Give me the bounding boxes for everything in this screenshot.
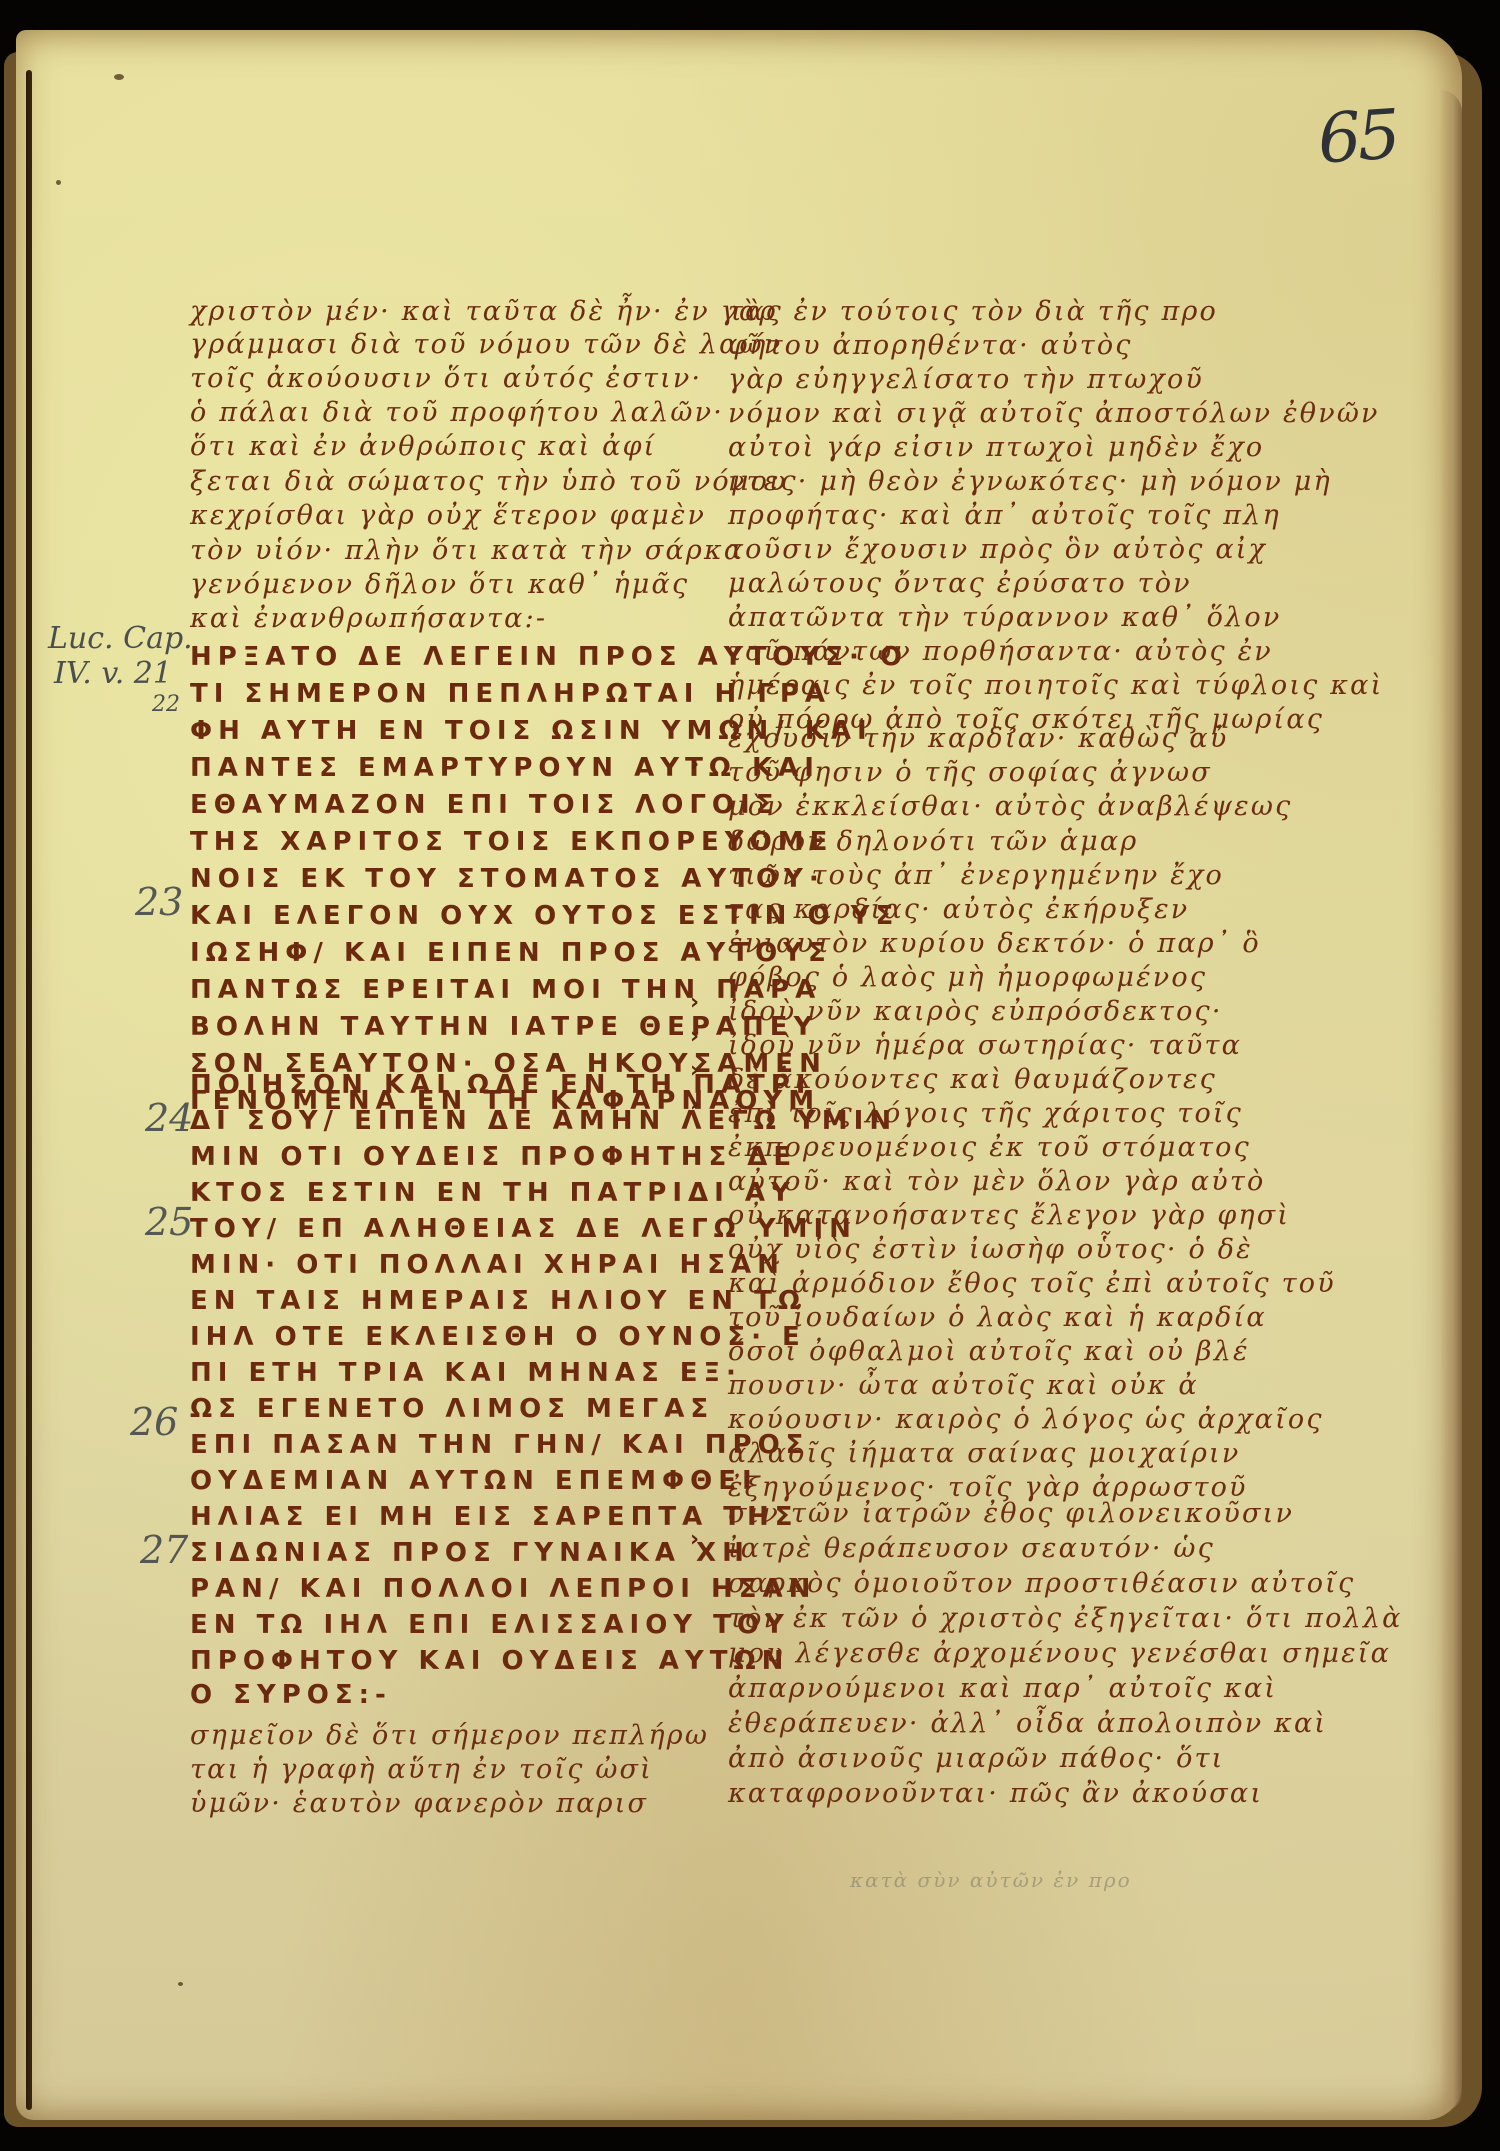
- commentary-line: δὲ ἀκούοντες καὶ θαυμάζοντες: [728, 1064, 1217, 1095]
- verse-number-25: 25: [145, 1200, 193, 1244]
- commentary-line: νόμον καὶ σιγᾷ αὐτοῖς ἀποστόλων ἐθνῶν: [728, 398, 1380, 429]
- gospel-line: ΠΑΝΤΩΣ ΕΡΕΙΤΑΙ ΜΟΙ ΤΗΝ ΠΑΡΑ: [190, 975, 821, 1005]
- commentary-line: τιῶν τοὺς ἀπ᾽ ἐνεργημένην ἔχο: [728, 860, 1224, 891]
- gospel-line: ΕΘΑΥΜΑΖΟΝ ΕΠΙ ΤΟΙΣ ΛΟΓΟΙΣ: [190, 790, 779, 820]
- commentary-line: αὐτοὶ γάρ εἰσιν πτωχοὶ μηδὲν ἔχο: [728, 432, 1264, 463]
- commentary-line: τὸν υἱόν· πλὴν ὅτι κατὰ τὴν σάρκα: [190, 535, 744, 566]
- commentary-line: ἀλαοῖς ἰήματα σαίνας μοιχαίριν: [728, 1438, 1240, 1469]
- commentary-line: ἐνιαυτὸν κυρίου δεκτόν· ὁ παρ᾽ ὃ: [728, 928, 1261, 959]
- gospel-line: ΩΣ ΕΓΕΝΕΤΟ ΛΙΜΟΣ ΜΕΓΑΣ: [190, 1394, 714, 1424]
- commentary-line: γράμμασι διὰ τοῦ νόμου τῶν δὲ λαῶν: [190, 329, 782, 360]
- folio-number: 65: [1315, 95, 1399, 179]
- commentary-line: ἰδοὺ νῦν ἡμέρα σωτηρίας· ταῦτα: [728, 1030, 1242, 1061]
- chapter-reference-line1: Luc. Cap.: [48, 622, 193, 657]
- gospel-line: ΕΝ ΤΩ ΙΗΛ ΕΠΙ ΕΛΙΣΣΑΙΟΥ ΤΟΥ: [190, 1610, 790, 1640]
- gospel-line: ΠΙ ΕΤΗ ΤΡΙΑ ΚΑΙ ΜΗΝΑΣ ΕΞ·: [190, 1358, 742, 1388]
- commentary-line: ντες· μὴ θεὸν ἐγνωκότες· μὴ νόμον μὴ: [728, 466, 1332, 497]
- commentary-line: μου λέγεσθε ἀρχομένους γενέσθαι σημεῖα: [728, 1638, 1391, 1669]
- commentary-line: γενόμενον δῆλον ὅτι καθ᾽ ἡμᾶς: [190, 569, 689, 600]
- commentary-line: ἡμέραις ἐν τοῖς ποιητοῖς καὶ τύφλοις καὶ: [728, 670, 1383, 701]
- commentary-line: τὰς ἐν τούτοις τὸν διὰ τῆς προ: [728, 296, 1218, 327]
- commentary-line: ἀπατῶντα τὴν τύραννον καθ᾽ ὅλον: [728, 602, 1282, 633]
- gospel-line: ΕΝ ΤΑΙΣ ΗΜΕΡΑΙΣ ΗΛΙΟΥ ΕΝ ΤΩ: [190, 1286, 806, 1316]
- commentary-line: σημεῖον δὲ ὅτι σήμερον πεπλήρω: [190, 1720, 709, 1751]
- verse-number-24: 24: [145, 1096, 193, 1140]
- gospel-line: ΒΟΛΗΝ ΤΑΥΤΗΝ ΙΑΤΡΕ ΘΕΡΑΠΕΥ: [190, 1012, 818, 1042]
- commentary-line: σαρκὸς ὁμοιοῦτον προστιθέασιν αὐτοῖς: [728, 1568, 1355, 1599]
- commentary-line: γὰρ εὐηγγελίσατο τὴν πτωχοῦ: [728, 364, 1204, 395]
- verse-number-27: 27: [140, 1528, 188, 1572]
- commentary-line: μὸν ἐκκλείσθαι· αὐτὸς ἀναβλέψεως: [728, 791, 1292, 822]
- commentary-line: τας καρδίας· αὐτὸς ἐκήρυξεν: [728, 894, 1189, 925]
- gospel-line: ΠΟΙΗΣΟΝ ΚΑΙ ΩΔΕ ΕΝ ΤΗ ΠΑΤΡΙ: [190, 1070, 811, 1100]
- gospel-line: ΠΑΝΤΕΣ ΕΜΑΡΤΥΡΟΥΝ ΑΥΤΩ ΚΑΙ: [190, 753, 820, 783]
- commentary-line: τὸν ἐκ τῶν ὁ χριστὸς ἐξηγεῖται· ὅτι πολλ…: [728, 1603, 1403, 1634]
- commentary-line: ὅσοι ὀφθαλμοὶ αὐτοῖς καὶ οὐ βλέ: [728, 1336, 1250, 1367]
- commentary-line: κεχρίσθαι γὰρ οὐχ ἕτερον φαμὲν: [190, 500, 706, 531]
- diple-quotation-mark: ›: [690, 1024, 699, 1049]
- commentary-line: ἐκπορευομένοις ἐκ τοῦ στόματος: [728, 1132, 1251, 1163]
- commentary-line: μαλώτους ὄντας ἐρύσατο τὸν: [728, 568, 1192, 599]
- gospel-line: ΙΗΛ ΟΤΕ ΕΚΛΕΙΣΘΗ Ο ΟΥΝΟΣ· Ε: [190, 1322, 806, 1352]
- commentary-line: ἀπὸ ἀσινοῦς μιαρῶν πάθος· ὅτι: [728, 1743, 1224, 1774]
- verse-number-23: 23: [135, 880, 183, 924]
- commentary-line: ἰδοὺ νῦν καιρὸς εὐπρόσδεκτος·: [728, 996, 1223, 1027]
- commentary-line: καὶ ἐνανθρωπήσαντα:-: [190, 603, 547, 634]
- commentary-line: ἔχουσιν τὴν καρδίαν· καθὼς αὐ: [728, 723, 1228, 754]
- gospel-line: ΟΥΔΕΜΙΑΝ ΑΥΤΩΝ ΕΠΕΜΦΘΕΙ: [190, 1466, 758, 1496]
- commentary-line: προφήτας· καὶ ἀπ᾽ αὐτοῖς τοῖς πλη: [728, 500, 1281, 531]
- commentary-line: καταφρονοῦνται· πῶς ἂν ἀκούσαι: [728, 1778, 1263, 1809]
- commentary-line: τοῦ φησιν ὁ τῆς σοφίας ἀγνωσ: [728, 757, 1212, 788]
- commentary-line: κούουσιν· καιρὸς ὁ λόγος ὡς ἀρχαῖος: [728, 1404, 1324, 1435]
- diple-quotation-mark: ›: [690, 990, 699, 1015]
- gospel-line: Ο ΣΥΡΟΣ:-: [190, 1680, 392, 1710]
- commentary-line: ὁ πάλαι διὰ τοῦ προφήτου λαλῶν·: [190, 397, 724, 428]
- ink-speck: [178, 1982, 183, 1986]
- commentary-line: οὐχ υἱὸς ἐστὶν ἰωσὴφ οὗτος· ὁ δὲ: [728, 1234, 1253, 1265]
- gospel-line: ΜΙΝ· ΟΤΙ ΠΟΛΛΑΙ ΧΗΡΑΙ ΗΣΑΝ: [190, 1250, 785, 1280]
- ink-speck: [56, 180, 61, 185]
- gospel-line: ΣΙΔΩΝΙΑΣ ΠΡΟΣ ΓΥΝΑΙΚΑ ΧΗ: [190, 1538, 750, 1568]
- diple-quotation-mark: ›: [690, 1092, 699, 1117]
- commentary-line: δῶρον δηλονότι τῶν ἁμαρ: [728, 826, 1138, 857]
- verse-number-22: 22: [152, 692, 180, 717]
- commentary-line: ἐπὶ τοῖς λόγοις τῆς χάριτος τοῖς: [728, 1098, 1243, 1129]
- commentary-line: ἰατρὲ θεράπευσον σεαυτόν· ὡς: [728, 1533, 1215, 1564]
- gospel-line: ΡΑΝ/ ΚΑΙ ΠΟΛΛΟΙ ΛΕΠΡΟΙ ΗΣΑΝ: [190, 1574, 816, 1604]
- right-column: τὰς ἐν τούτοις τὸν διὰ τῆς προ φήτου ἀπο…: [728, 0, 1178, 2151]
- commentary-line: χριστὸν μέν· καὶ ταῦτα δὲ ἦν· ἐν γὰρ: [190, 296, 778, 327]
- left-column: χριστὸν μέν· καὶ ταῦτα δὲ ἦν· ἐν γὰρ γρά…: [190, 0, 630, 2151]
- ink-speck: [114, 74, 124, 80]
- gospel-line: ΠΡΟΦΗΤΟΥ ΚΑΙ ΟΥΔΕΙΣ ΑΥΤΩΝ: [190, 1646, 789, 1676]
- diple-quotation-mark: ›: [690, 1527, 699, 1552]
- commentary-line: ἐθεράπευεν· ἀλλ᾽ οἶδα ἀπολοιπὸν καὶ: [728, 1708, 1327, 1739]
- commentary-line: οὐ κατανοήσαντες ἔλεγον γὰρ φησὶ: [728, 1200, 1290, 1231]
- gospel-line: ΕΠΙ ΠΑΣΑΝ ΤΗΝ ΓΗΝ/ ΚΑΙ ΠΡΟΣ: [190, 1430, 809, 1460]
- commentary-line: τοῦ ἰουδαίων ὁ λαὸς καὶ ἡ καρδία: [728, 1302, 1267, 1333]
- commentary-line: αὐτοῦ· καὶ τὸν μὲν ὅλον γὰρ αὐτὸ: [728, 1166, 1265, 1197]
- commentary-line: σιν τῶν ἰατρῶν ἐθος φιλονεικοῦσιν: [728, 1498, 1294, 1529]
- gospel-line: ΚΤΟΣ ΕΣΤΙΝ ΕΝ ΤΗ ΠΑΤΡΙΔΙ ΑΥ: [190, 1178, 796, 1208]
- diple-quotation-mark: ›: [690, 1058, 699, 1083]
- chapter-reference: Luc. Cap. IV. v. 21: [48, 622, 193, 691]
- commentary-line: ἀπαρνούμενοι καὶ παρ᾽ αὐτοῖς καὶ: [728, 1673, 1277, 1704]
- commentary-line: τοῖς ἀκούουσιν ὅτι αὐτός ἐστιν·: [190, 363, 702, 394]
- commentary-line: καὶ ἀρμόδιον ἔθος τοῖς ἐπὶ αὐτοῖς τοῦ: [728, 1268, 1336, 1299]
- commentary-line: ὅτι καὶ ἐν ἀνθρώποις καὶ ἀφί: [190, 431, 656, 462]
- chapter-reference-line2: IV. v. 21: [54, 657, 193, 692]
- gospel-line: ΜΙΝ ΟΤΙ ΟΥΔΕΙΣ ΠΡΟΦΗΤΗΣ ΔΕ: [190, 1142, 797, 1172]
- commentary-line: ὑμῶν· ἑαυτὸν φανερὸν παρισ: [190, 1788, 648, 1819]
- binding-gutter: [26, 70, 32, 2110]
- commentary-line: ται ἡ γραφὴ αὕτη ἐν τοῖς ὠσὶ: [190, 1754, 653, 1785]
- commentary-line: τοῦσιν ἔχουσιν πρὸς ὃν αὐτὸς αἰχ: [728, 534, 1267, 565]
- commentary-line: τοῦ πάντων πορθήσαντα· αὐτὸς ἐν: [728, 636, 1273, 667]
- commentary-line: φήτου ἀπορηθέντα· αὐτὸς: [728, 330, 1133, 361]
- verse-number-26: 26: [130, 1400, 178, 1444]
- commentary-line: πουσιν· ὦτα αὐτοῖς καὶ οὐκ ἀ: [728, 1370, 1199, 1401]
- page-fore-edge: [1440, 90, 1462, 2110]
- gospel-line: ΗΛΙΑΣ ΕΙ ΜΗ ΕΙΣ ΣΑΡΕΠΤΑ ΤΗΣ: [190, 1502, 799, 1532]
- offset-ghost-text: κατὰ σὺν αὐτῶν ἐν προ: [850, 1868, 1132, 1892]
- commentary-line: φόβος ὁ λαὸς μὴ ἠμορφωμένος: [728, 962, 1207, 993]
- diple-quotation-mark: ›: [690, 752, 699, 777]
- commentary-line: ξεται διὰ σώματος τὴν ὑπὸ τοῦ νόμου: [190, 466, 788, 497]
